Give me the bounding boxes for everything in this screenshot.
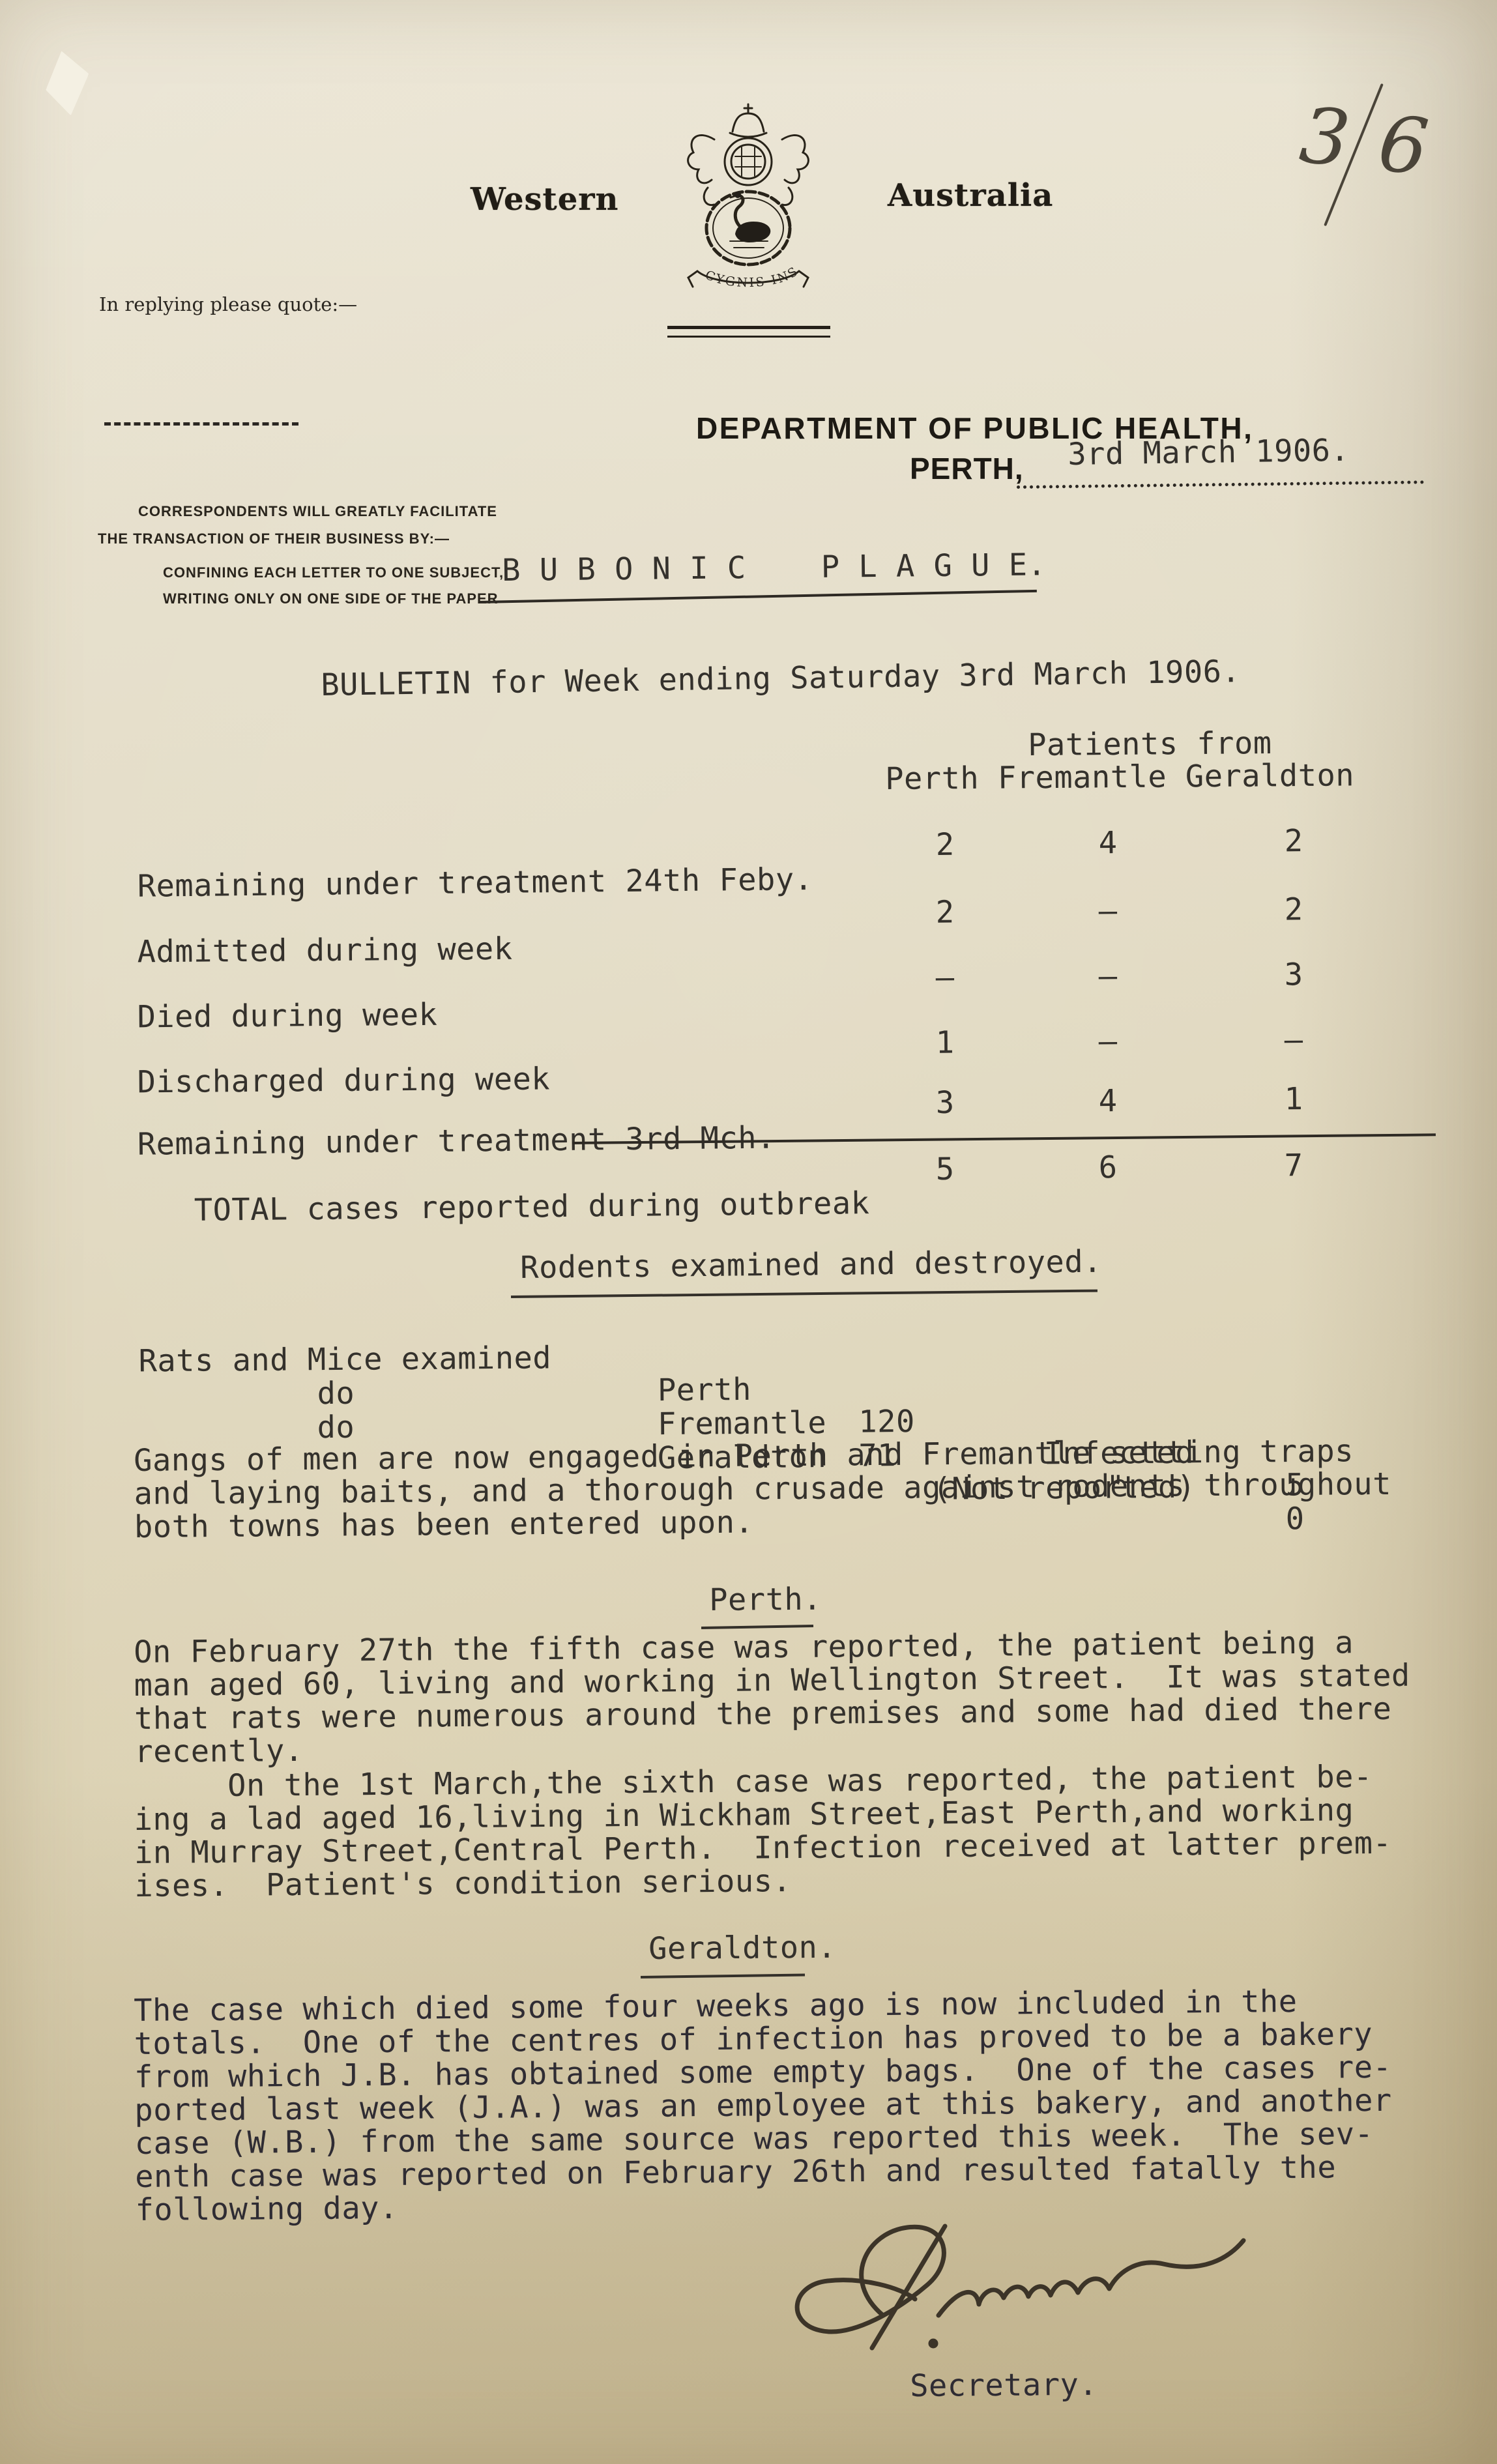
fremantle-value: 6 <box>1069 1151 1148 1185</box>
quote-note: In replying please quote:— <box>99 293 357 315</box>
right-supporter-flourish <box>782 135 808 205</box>
fremantle-value: 4 <box>1069 1084 1148 1118</box>
perth-value: 1 <box>906 1026 984 1060</box>
document-page: { "page": { "folio_number": "36" }, "let… <box>0 0 1497 2464</box>
crown-cross-icon <box>744 104 752 112</box>
rodents-note-paragraph: Gangs of men are now engaged in Perth an… <box>134 1434 1496 1544</box>
table-total-row: TOTAL cases reported during outbreak 5 6… <box>0 1147 1497 1329</box>
geraldton-value: – <box>1255 1023 1333 1057</box>
fremantle-value: – <box>1069 894 1147 928</box>
left-supporter-flourish <box>688 135 714 205</box>
rodents-row-label: do <box>317 1411 355 1444</box>
signature-role: Secretary. <box>910 2368 1097 2403</box>
perth-value: 3 <box>906 1086 985 1120</box>
bulletin-subtitle: BULLETIN for Week ending Saturday 3rd Ma… <box>321 655 1241 702</box>
section-heading-perth: Perth. <box>709 1583 822 1617</box>
crest-motto-text: CYGNIS INSIGNIS <box>637 98 802 290</box>
geraldton-value: 1 <box>1255 1082 1333 1116</box>
perth-heading-underline <box>701 1625 813 1629</box>
letterhead-region-right: Australia <box>888 177 1053 214</box>
folio-number: 36 <box>1296 90 1462 196</box>
fremantle-value: 4 <box>1069 826 1148 860</box>
geraldton-value: 2 <box>1255 893 1333 927</box>
date-dotted-line <box>1017 480 1424 489</box>
fremantle-value: – <box>1069 1024 1147 1058</box>
row-label: Admitted during week <box>137 933 512 969</box>
letterhead-region-left: Western <box>471 181 618 218</box>
table-header-towns: Perth Fremantle Geraldton <box>885 759 1354 796</box>
perth-paragraph: On February 27th the fifth case was repo… <box>134 1625 1497 1769</box>
table-header-patients-from: Patients from <box>1028 727 1272 762</box>
geraldton-heading-underline <box>641 1973 805 1978</box>
handwritten-signature <box>743 2214 1316 2377</box>
place-label: PERTH, <box>910 451 1024 486</box>
page-title: B U B O N I C P L A G U E. <box>502 548 1047 587</box>
geraldton-paragraph: The case which died some four weeks ago … <box>134 1984 1497 2227</box>
letterhead-double-rule <box>667 326 830 338</box>
paper-tear-mark <box>43 50 92 117</box>
rodents-heading: Rodents examined and destroyed. <box>520 1245 1102 1284</box>
perth-paragraph: On the 1st March,the sixth case was repo… <box>134 1760 1497 1903</box>
correspondents-line: CONFINING EACH LETTER TO ONE SUBJECT, <box>163 564 504 581</box>
correspondents-line: CORRESPONDENTS WILL GREATLY FACILITATE <box>138 503 497 520</box>
geraldton-value: 2 <box>1255 824 1333 858</box>
row-label: Died during week <box>137 998 437 1034</box>
coat-of-arms-crest: CYGNIS INSIGNIS <box>637 98 859 323</box>
crown-icon <box>733 113 764 132</box>
fremantle-value: – <box>1069 959 1147 993</box>
geraldton-value: 3 <box>1255 958 1333 992</box>
swan-head <box>734 192 741 198</box>
date-value: 3rd March 1906. <box>1068 434 1350 471</box>
correspondents-line: WRITING ONLY ON ONE SIDE OF THE PAPER <box>163 590 499 607</box>
title-underline <box>480 590 1037 603</box>
perth-value: 5 <box>906 1152 985 1186</box>
row-label: TOTAL cases reported during outbreak <box>194 1187 870 1227</box>
geraldton-value: 7 <box>1255 1149 1333 1183</box>
correspondents-line: THE TRANSACTION OF THEIR BUSINESS BY:— <box>98 530 450 547</box>
perth-value: 2 <box>906 895 984 929</box>
perth-value: 2 <box>906 828 985 862</box>
quote-dashed-line <box>104 422 298 426</box>
perth-value: – <box>906 961 984 994</box>
section-heading-geraldton: Geraldton. <box>648 1931 836 1965</box>
